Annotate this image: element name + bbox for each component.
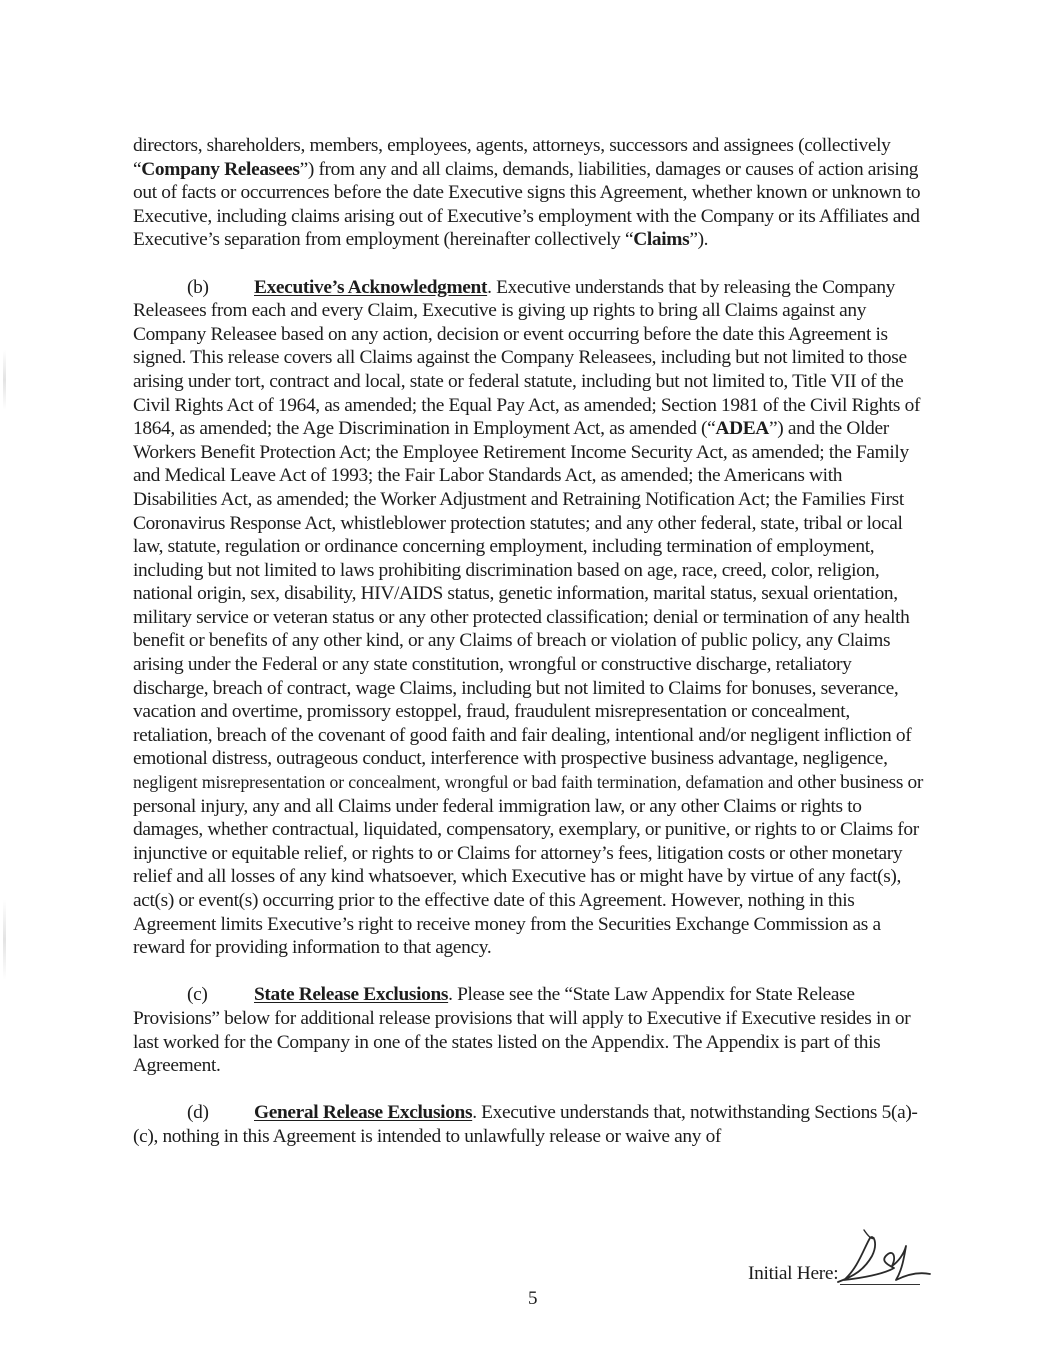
signature-line <box>840 1262 920 1285</box>
section-b-paragraph: (b)Executive’s Acknowledgment. Executive… <box>133 276 923 960</box>
document-page: directors, shareholders, members, employ… <box>133 134 923 1172</box>
scan-artifact <box>3 900 6 980</box>
defined-term-claims: Claims <box>633 229 689 250</box>
section-d-paragraph: (d)General Release Exclusions. Executive… <box>133 1101 923 1148</box>
section-label: (c) <box>187 983 254 1007</box>
section-heading: General Release Exclusions <box>254 1102 472 1123</box>
intro-paragraph: directors, shareholders, members, employ… <box>133 134 923 252</box>
section-text: . Executive understands that by releasin… <box>133 277 920 440</box>
section-label: (d) <box>187 1101 254 1125</box>
page-number: 5 <box>528 1288 538 1310</box>
defined-term-adea: ADEA <box>715 418 769 439</box>
section-heading: Executive’s Acknowledgment <box>254 277 487 298</box>
handwritten-initials-icon <box>834 1228 934 1288</box>
initial-here-field: Initial Here: <box>748 1262 920 1285</box>
section-label: (b) <box>187 276 254 300</box>
defined-term-company-releasees: Company Releasees <box>141 159 299 180</box>
initial-here-label: Initial Here: <box>748 1263 838 1285</box>
text-run: ”). <box>689 229 708 250</box>
section-text-small: negligent misrepresentation or concealme… <box>133 772 793 792</box>
scan-artifact <box>3 350 6 410</box>
section-c-paragraph: (c)State Release Exclusions. Please see … <box>133 983 923 1077</box>
section-text: ”) and the Older Workers Benefit Protect… <box>133 418 911 769</box>
section-heading: State Release Exclusions <box>254 984 448 1005</box>
section-text: other business or personal injury, any a… <box>133 772 923 958</box>
